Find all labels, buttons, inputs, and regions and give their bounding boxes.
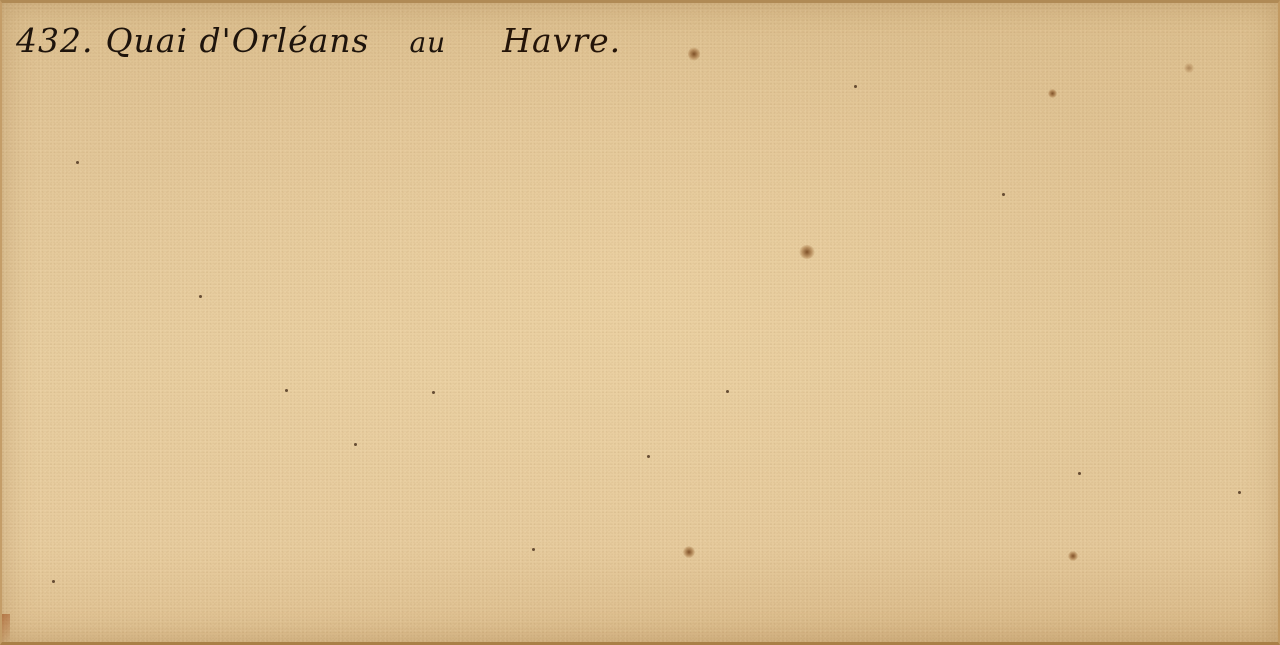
- ink-speck: [432, 391, 435, 394]
- ink-speck: [354, 443, 357, 446]
- foxing-stain: [1048, 89, 1057, 98]
- foxing-stain: [683, 546, 695, 558]
- caption-place: Havre.: [502, 21, 621, 60]
- ink-speck: [1002, 193, 1005, 196]
- ink-speck: [199, 295, 202, 298]
- paper-texture: [2, 3, 1278, 642]
- foxing-stain: [799, 245, 815, 259]
- ink-speck: [285, 389, 288, 392]
- handwritten-caption: 432. Quai d'Orléans au Havre.: [16, 21, 621, 60]
- ink-speck: [647, 455, 650, 458]
- caption-preposition: au: [409, 26, 446, 59]
- foxing-stain: [688, 47, 700, 61]
- foxing-stain: [1184, 63, 1194, 73]
- caption-number: 432.: [16, 21, 93, 60]
- ink-speck: [1238, 491, 1241, 494]
- ink-speck: [52, 580, 55, 583]
- edge-damage: [2, 614, 10, 642]
- foxing-stain: [1068, 551, 1078, 561]
- card-back: 432. Quai d'Orléans au Havre.: [0, 0, 1280, 645]
- ink-speck: [1078, 472, 1081, 475]
- ink-speck: [854, 85, 857, 88]
- ink-speck: [76, 161, 79, 164]
- ink-speck: [726, 390, 729, 393]
- ink-speck: [532, 548, 535, 551]
- caption-title: Quai d'Orléans: [105, 21, 369, 60]
